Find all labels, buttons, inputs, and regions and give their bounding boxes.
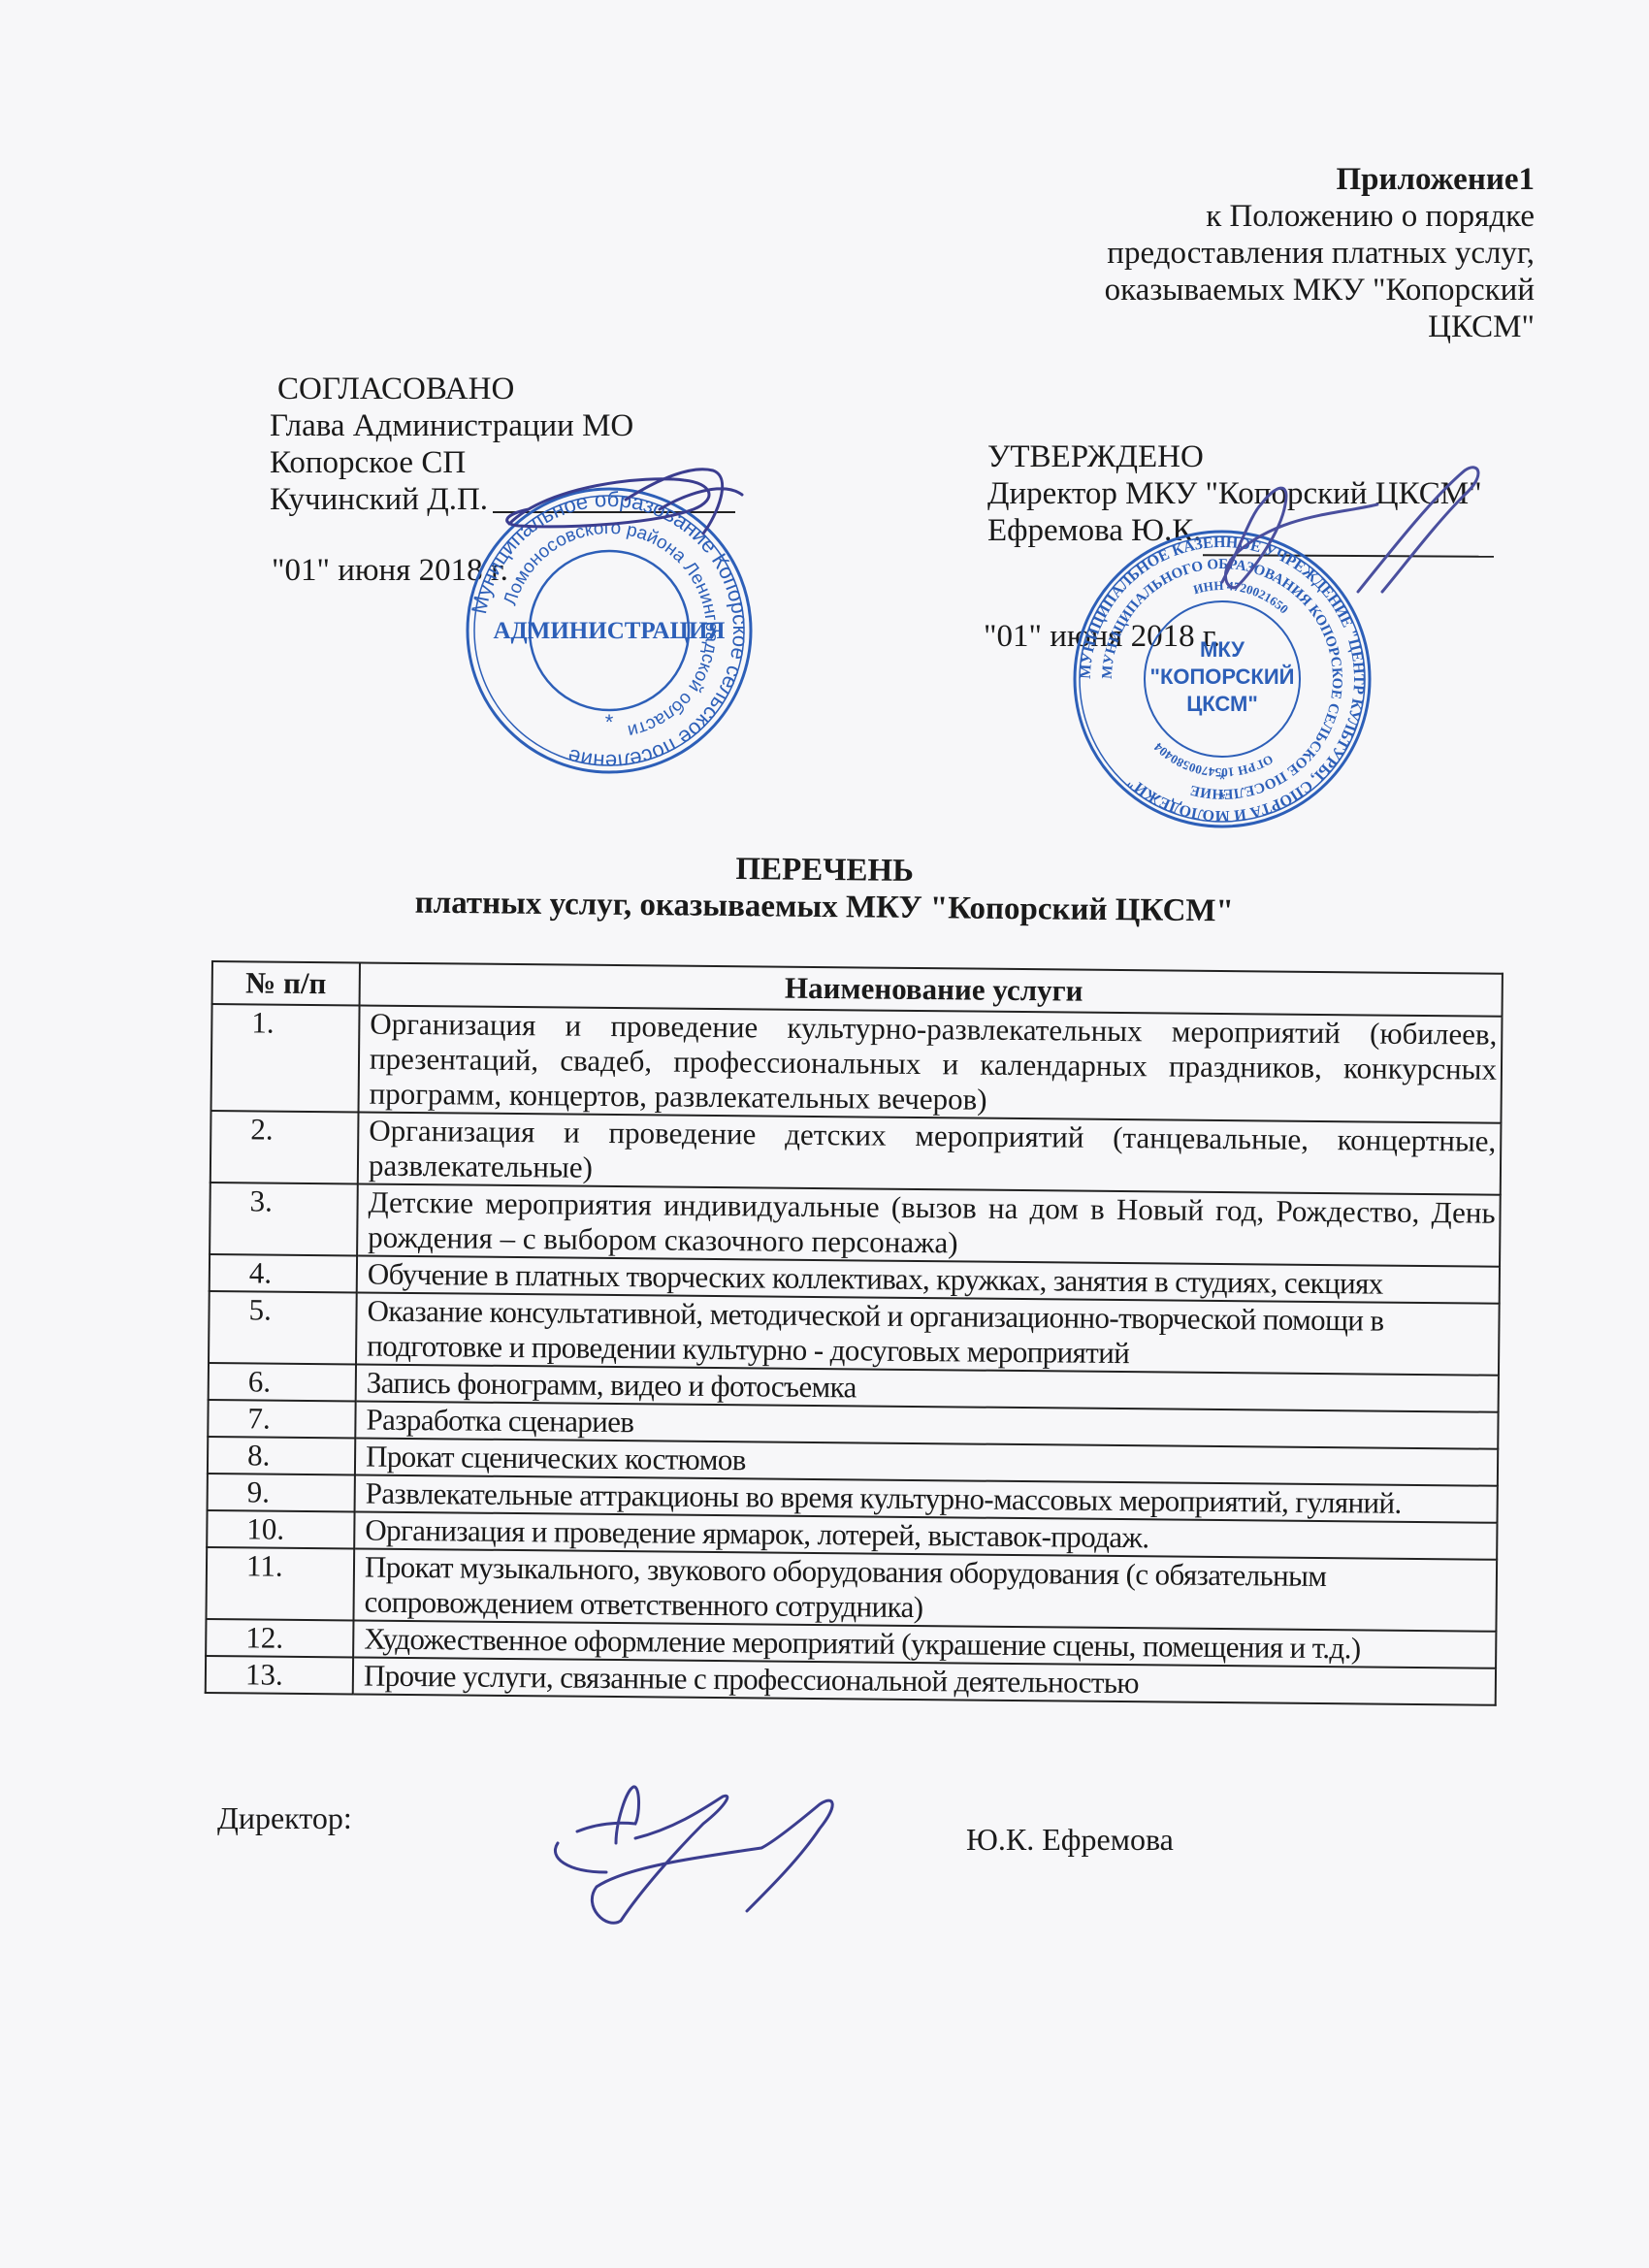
appendix-line: предоставления платных услуг, [1030, 235, 1535, 272]
service-name: Организация и проведение культурно-развл… [359, 1005, 1503, 1122]
service-number: 5. [209, 1291, 357, 1364]
service-number: 1. [211, 1004, 360, 1112]
service-number: 10. [207, 1510, 354, 1548]
agreed-heading: СОГЛАСОВАНО [270, 371, 633, 407]
table-row: 5.Оказание консультативной, методической… [209, 1291, 1500, 1376]
service-name: Детские мероприятия индивидуальные (вызо… [357, 1183, 1501, 1266]
stamp-center-line: "КОПОРСКИЙ [1150, 664, 1295, 689]
table-row: 2.Организация и проведение детских мероп… [210, 1111, 1502, 1195]
service-number: 2. [210, 1111, 359, 1183]
table-row: 3.Детские мероприятия индивидуальные (вы… [210, 1183, 1501, 1267]
service-name: Организация и проведение детских меропри… [358, 1112, 1502, 1194]
stamp-ogrn-text: ОГРН 1054700580404 [1150, 739, 1276, 780]
table-row: 11.Прокат музыкального, звукового оборуд… [206, 1547, 1497, 1632]
appendix-line: к Положению о порядке [1030, 198, 1535, 235]
service-number: 3. [210, 1183, 358, 1255]
stamp-center-line: МКУ [1200, 637, 1245, 662]
list-title-block: ПЕРЕЧЕНЬ платных услуг, оказываемых МКУ … [0, 843, 1649, 934]
service-number: 8. [208, 1437, 355, 1474]
director-signature [548, 1775, 858, 1940]
appendix-line: ЦКСМ" [1030, 308, 1535, 345]
stamp-star: * [605, 710, 614, 734]
service-number: 6. [209, 1363, 356, 1401]
agreed-position: Глава Администрации МО [270, 407, 633, 444]
agreed-signature [490, 456, 761, 563]
service-number: 13. [206, 1656, 353, 1694]
service-name: Оказание консультативной, методической и… [356, 1292, 1500, 1375]
service-name: Прокат музыкального, звукового оборудова… [353, 1548, 1497, 1631]
stamp-star: * [1218, 770, 1225, 790]
service-number: 9. [208, 1474, 355, 1511]
header-num: № п/п [212, 961, 360, 1005]
service-number: 7. [208, 1400, 355, 1438]
director-name: Ю.К. Ефремова [966, 1822, 1174, 1858]
service-number: 4. [210, 1254, 357, 1292]
service-number: 12. [206, 1619, 353, 1657]
table-body: 1.Организация и проведение культурно-раз… [206, 1004, 1503, 1705]
appendix-line: оказываемых МКУ "Копорский [1030, 272, 1535, 308]
approved-signature [1145, 456, 1513, 601]
appendix-header: Приложение1 к Положению о порядке предос… [1030, 161, 1535, 345]
stamp-center-text: АДМИНИСТРАЦИЯ [494, 618, 726, 644]
stamp-center-line: ЦКСМ" [1186, 692, 1258, 716]
stamp-star: * [1218, 790, 1225, 809]
table-row: 1.Организация и проведение культурно-раз… [211, 1004, 1503, 1123]
service-number: 11. [206, 1547, 354, 1620]
director-label: Директор: [217, 1800, 352, 1836]
services-table: № п/п Наименование услуги 1.Организация … [205, 960, 1503, 1706]
appendix-title: Приложение1 [1030, 161, 1535, 198]
